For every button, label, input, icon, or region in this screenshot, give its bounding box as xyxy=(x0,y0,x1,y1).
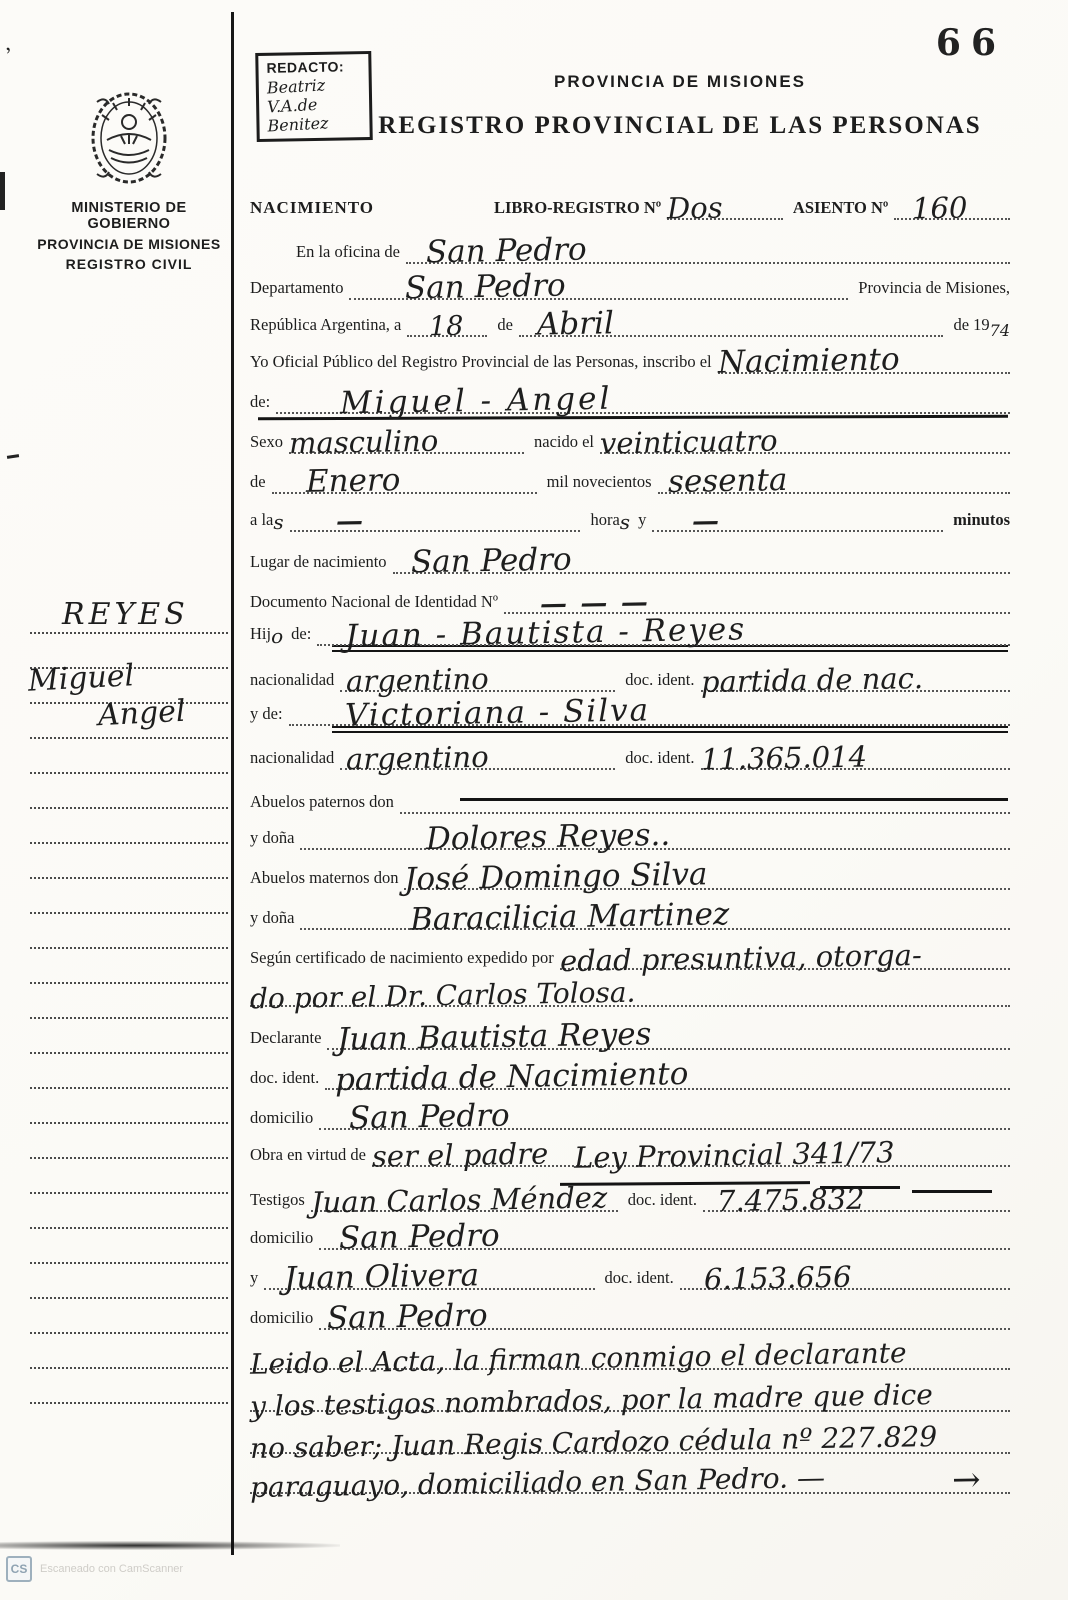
time-hand-s1: s xyxy=(273,512,283,532)
witness1-value: Juan Carlos Méndez xyxy=(311,1183,608,1217)
birth-day-line: veinticuatro xyxy=(600,428,1010,454)
father-nationality-label: nacionalidad xyxy=(250,670,334,692)
mother-nationality-value: argentino xyxy=(346,743,489,774)
declarant-doc-row: doc. ident. partida de Nacimiento xyxy=(250,1056,1010,1090)
witness2-address-line: San Pedro xyxy=(319,1302,1010,1330)
mother-label: y de: xyxy=(250,704,283,726)
certificate-continuation-row: do por el Dr. Carlos Tolosa. xyxy=(250,973,1010,1007)
closing-line2-text: y los testigos nombrados, por la madre q… xyxy=(250,1381,933,1421)
paternal-grandfather-line xyxy=(400,812,1010,814)
father-row: Hijo de: Juan - Bautista - Reyes xyxy=(250,612,1010,646)
witness2-doc-label: doc. ident. xyxy=(605,1268,674,1290)
date-day-line: 18 xyxy=(407,313,487,337)
acting-capacity-line: ser el padre Ley Provincial 341/73 xyxy=(372,1141,1010,1167)
registered-name-label: de: xyxy=(250,392,270,414)
paternal-grandmother-line: Dolores Reyes.. xyxy=(300,822,1010,850)
margin-divider-rule xyxy=(231,12,234,1555)
birth-year-label: mil novecientos xyxy=(547,472,652,494)
paternal-grandmother-label: y doña xyxy=(250,828,294,850)
maternal-grandmother-row: y doña Baracilicia Martinez xyxy=(250,896,1010,930)
paternal-grandfather-label: Abuelos paternos don xyxy=(250,792,394,814)
ministry-line2: PROVINCIA DE MISIONES xyxy=(28,236,230,252)
department-province-label: Provincia de Misiones, xyxy=(858,278,1010,300)
dni-value-line: — — — xyxy=(504,590,1010,614)
time-minutes-dash: — xyxy=(692,508,721,536)
scan-dash-mark xyxy=(7,454,19,459)
date-year-label: de 19 xyxy=(953,315,989,337)
declarant-address-value: San Pedro xyxy=(349,1101,510,1135)
witness2-address-row: domicilio San Pedro xyxy=(250,1296,1010,1330)
witness1-doc-value: 7.475.832 xyxy=(717,1185,865,1217)
closing-line2-row: y los testigos nombrados, por la madre q… xyxy=(250,1378,1010,1412)
office-value: San Pedro xyxy=(426,235,587,269)
closing-line2: y los testigos nombrados, por la madre q… xyxy=(250,1387,1010,1412)
birth-day-value: veinticuatro xyxy=(600,426,778,458)
certificate-continuation-line: do por el Dr. Carlos Tolosa. xyxy=(250,982,1010,1007)
date-row: República Argentina, a 18 de Abril de 19… xyxy=(250,303,1010,337)
witness2-doc-value: 6.153.656 xyxy=(703,1263,851,1295)
declarant-doc-line: partida de Nacimiento xyxy=(325,1062,1010,1090)
declarant-doc-label: doc. ident. xyxy=(250,1068,319,1090)
witness2-label: y xyxy=(250,1268,258,1290)
mother-nationality-label: nacionalidad xyxy=(250,748,334,770)
birth-day-label: nacido el xyxy=(534,432,594,454)
maternal-grandfather-line: José Domingo Silva xyxy=(404,862,1010,890)
ministry-block: MINISTERIO DE GOBIERNO PROVINCIA DE MISI… xyxy=(28,88,230,272)
entry-label: ASIENTO Nº xyxy=(793,198,888,220)
mother-value-line: Victoriana - Silva xyxy=(289,698,1010,726)
mother-doc-value: 11.365.014 xyxy=(700,743,867,775)
official-value-line: Nacimiento xyxy=(718,346,1010,374)
act-type-label: NACIMIENTO xyxy=(250,198,374,220)
closing-line3: no saber; Juan Regis Cardozo cédula nº 2… xyxy=(250,1429,1010,1454)
time-label-a: a la xyxy=(250,510,273,532)
declarant-doc-value: partida de Nacimiento xyxy=(335,1059,689,1096)
witness2-row: y Juan Olivera doc. ident. 6.153.656 xyxy=(250,1256,1010,1290)
page-number: 66 xyxy=(936,22,1006,64)
closing-line1-row: Leido el Acta, la firman conmigo el decl… xyxy=(250,1336,1010,1370)
entry-value-line: 160 xyxy=(894,194,1010,220)
department-value-line: San Pedro xyxy=(349,272,848,300)
sex-label: Sexo xyxy=(250,432,283,454)
mother-doc-label: doc. ident. xyxy=(625,748,694,770)
camscanner-icon: CS xyxy=(6,1556,32,1582)
official-label: Yo Oficial Público del Registro Provinci… xyxy=(250,352,712,374)
redactor-name-line1: Beatriz xyxy=(266,75,363,96)
certificate-row: Según certificado de nacimiento expedido… xyxy=(250,936,1010,970)
scan-bottom-smudge xyxy=(0,1541,340,1550)
closing-line4-row: paraguayo, domiciliado en San Pedro. — → xyxy=(250,1460,1010,1494)
date-year: 74 xyxy=(990,323,1010,339)
closing-line1: Leido el Acta, la firman conmigo el decl… xyxy=(250,1345,1010,1370)
sex-value-line: masculino xyxy=(289,428,524,454)
birth-month-label: de xyxy=(250,472,266,494)
acting-capacity-value: ser el padre xyxy=(372,1139,549,1171)
witness1-address-value: San Pedro xyxy=(339,1221,500,1255)
time-hours-dash: — xyxy=(335,508,364,536)
maternal-grandmother-value: Baracilicia Martinez xyxy=(410,899,730,936)
declarant-address-line: San Pedro xyxy=(319,1102,1010,1130)
declarant-address-label: domicilio xyxy=(250,1108,313,1130)
registry-title: REGISTRO PROVINCIAL DE LAS PERSONAS xyxy=(350,112,1010,140)
scanner-watermark: CS Escaneado con CamScanner xyxy=(6,1556,183,1582)
birthplace-value: San Pedro xyxy=(410,545,571,579)
birth-month-line: Enero xyxy=(272,466,537,494)
time-label-b: hora xyxy=(590,510,619,532)
birth-certificate-page: ’ 66 REDACTO: Beatriz V.A.de Benitez PRO… xyxy=(0,0,1068,1600)
witness2-value: Juan Olivera xyxy=(284,1260,480,1294)
department-row: Departamento San Pedro Provincia de Misi… xyxy=(250,266,1010,300)
registered-name-line: Miguel - Angel xyxy=(276,386,1010,414)
date-month: Abril xyxy=(537,308,614,340)
father-nationality-row: nacionalidad argentino doc. ident. parti… xyxy=(250,658,1010,692)
registered-name-value: Miguel - Angel xyxy=(340,384,613,420)
father-hand-o: o xyxy=(271,626,283,646)
paternal-grandmother-row: y doña Dolores Reyes.. xyxy=(250,816,1010,850)
book-value-line: Dos xyxy=(667,194,783,220)
father-value: Juan - Bautista - Reyes xyxy=(345,615,747,653)
father-label-prefix: Hij xyxy=(250,624,271,646)
mother-nationality-line: argentino xyxy=(340,744,615,770)
provincial-coat-of-arms-icon xyxy=(77,88,181,188)
margin-given-name-1: Miguel xyxy=(27,661,135,697)
maternal-grandfather-row: Abuelos maternos don José Domingo Silva xyxy=(250,856,1010,890)
date-month-line: Abril xyxy=(519,309,943,337)
closing-line1-text: Leido el Acta, la firman conmigo el decl… xyxy=(250,1339,907,1378)
time-hand-s2: s xyxy=(620,512,630,532)
dni-label: Documento Nacional de Identidad Nº xyxy=(250,592,498,614)
date-of-label: de xyxy=(497,315,513,337)
redacto-stamp-label: REDACTO: xyxy=(266,58,362,76)
witness1-address-row: domicilio San Pedro xyxy=(250,1216,1010,1250)
acting-capacity-law: Ley Provincial 341/73 xyxy=(574,1138,895,1173)
declarant-value-line: Juan Bautista Reyes xyxy=(327,1022,1010,1050)
entry-value: 160 xyxy=(912,194,968,224)
office-row: En la oficina de San Pedro xyxy=(250,230,1010,264)
father-doc-line: partida de nac. xyxy=(701,666,1011,692)
witness1-doc-label: doc. ident. xyxy=(628,1190,697,1212)
margin-given-name-2: Angel xyxy=(97,697,186,732)
declarant-address-row: domicilio San Pedro xyxy=(250,1096,1010,1130)
certificate-value: edad presuntiva, otorga- xyxy=(560,941,922,976)
declarant-row: Declarante Juan Bautista Reyes xyxy=(250,1016,1010,1050)
witness1-value-line: Juan Carlos Méndez xyxy=(311,1186,618,1212)
province-header: PROVINCIA DE MISIONES xyxy=(430,72,930,92)
birth-month-row: de Enero mil novecientos sesenta xyxy=(250,460,1010,494)
book-value: Dos xyxy=(667,194,723,224)
department-label: Departamento xyxy=(250,278,343,300)
department-value: San Pedro xyxy=(405,271,566,305)
closing-line4-text: paraguayo, domiciliado en San Pedro. — xyxy=(250,1464,825,1502)
witness1-doc-line: 7.475.832 xyxy=(703,1186,1010,1212)
closing-line4: paraguayo, domiciliado en San Pedro. — → xyxy=(250,1463,1010,1494)
book-label: LIBRO-REGISTRO Nº xyxy=(494,198,661,220)
father-doc-label: doc. ident. xyxy=(625,670,694,692)
paternal-grandmother-value: Dolores Reyes.. xyxy=(426,820,671,855)
birthplace-row: Lugar de nacimiento San Pedro xyxy=(250,540,1010,574)
margin-surname: REYES xyxy=(62,600,189,630)
closing-line3-row: no saber; Juan Regis Cardozo cédula nº 2… xyxy=(250,1420,1010,1454)
dni-row: Documento Nacional de Identidad Nº — — — xyxy=(250,580,1010,614)
witness2-address-value: San Pedro xyxy=(327,1301,488,1335)
maternal-grandmother-line: Baracilicia Martinez xyxy=(300,902,1010,930)
closing-arrow: → xyxy=(951,1463,980,1497)
date-day: 18 xyxy=(429,313,464,341)
acting-capacity-label: Obra en virtud de xyxy=(250,1145,366,1167)
time-minutes-line: — xyxy=(652,508,943,532)
witness2-doc-line: 6.153.656 xyxy=(680,1264,1010,1290)
certificate-continuation: do por el Dr. Carlos Tolosa. xyxy=(250,979,636,1014)
office-value-line: San Pedro xyxy=(406,236,1010,264)
time-label-c: minutos xyxy=(953,510,1010,532)
acting-capacity-row: Obra en virtud de ser el padre Ley Provi… xyxy=(250,1133,1010,1167)
certificate-value-line: edad presuntiva, otorga- xyxy=(560,944,1010,970)
record-header-row: NACIMIENTO LIBRO-REGISTRO Nº Dos ASIENTO… xyxy=(250,186,1010,220)
registered-name-row: de: Miguel - Angel xyxy=(250,380,1010,414)
birth-year-line: sesenta xyxy=(658,466,1010,494)
time-label-y: y xyxy=(638,510,646,532)
declarant-label: Declarante xyxy=(250,1028,321,1050)
maternal-grandfather-value: José Domingo Silva xyxy=(404,859,708,895)
ministry-line3: REGISTRO CIVIL xyxy=(28,256,230,272)
mother-doc-line: 11.365.014 xyxy=(701,744,1011,770)
redactor-name-line2: V.A.de xyxy=(267,94,364,115)
closing-line3-text: no saber; Juan Regis Cardozo cédula nº 2… xyxy=(250,1423,938,1463)
certificate-label: Según certificado de nacimiento expedido… xyxy=(250,948,554,970)
scan-speck: ’ xyxy=(3,41,17,68)
witness2-value-line: Juan Olivera xyxy=(264,1262,594,1290)
witness1-label: Testigos xyxy=(250,1190,305,1212)
time-row: a las — horas y — minutos xyxy=(250,498,1010,532)
official-row: Yo Oficial Público del Registro Provinci… xyxy=(250,340,1010,374)
ministry-line1: MINISTERIO DE GOBIERNO xyxy=(28,200,230,232)
scan-edge-mark xyxy=(0,172,5,210)
father-value-line: Juan - Bautista - Reyes xyxy=(317,618,1010,646)
date-country-label: República Argentina, a xyxy=(250,315,401,337)
birth-year-value: sesenta xyxy=(667,465,787,498)
witness1-address-label: domicilio xyxy=(250,1228,313,1250)
maternal-grandfather-label: Abuelos maternos don xyxy=(250,868,398,890)
sex-value: masculino xyxy=(289,427,439,459)
official-value: Nacimiento xyxy=(717,344,899,378)
time-hours-line: — xyxy=(290,508,581,532)
witness1-row: Testigos Juan Carlos Méndez doc. ident. … xyxy=(250,1178,1010,1212)
father-nationality-line: argentino xyxy=(340,666,615,692)
witness1-address-line: San Pedro xyxy=(319,1222,1010,1250)
witness2-address-label: domicilio xyxy=(250,1308,313,1330)
mother-nationality-row: nacionalidad argentino doc. ident. 11.36… xyxy=(250,736,1010,770)
mother-value: Victoriana - Silva xyxy=(344,695,650,731)
declarant-value: Juan Bautista Reyes xyxy=(337,1019,652,1055)
paternal-grandfather-row: Abuelos paternos don xyxy=(250,780,1010,814)
mother-row: y de: Victoriana - Silva xyxy=(250,692,1010,726)
father-label-suffix: de: xyxy=(291,624,311,646)
scanner-caption: Escaneado con CamScanner xyxy=(40,1563,183,1575)
maternal-grandmother-label: y doña xyxy=(250,908,294,930)
birthplace-value-line: San Pedro xyxy=(393,546,1010,574)
sex-row: Sexo masculino nacido el veinticuatro xyxy=(250,420,1010,454)
birth-month-value: Enero xyxy=(305,465,400,498)
office-label: En la oficina de xyxy=(296,242,400,264)
birthplace-label: Lugar de nacimiento xyxy=(250,552,387,574)
